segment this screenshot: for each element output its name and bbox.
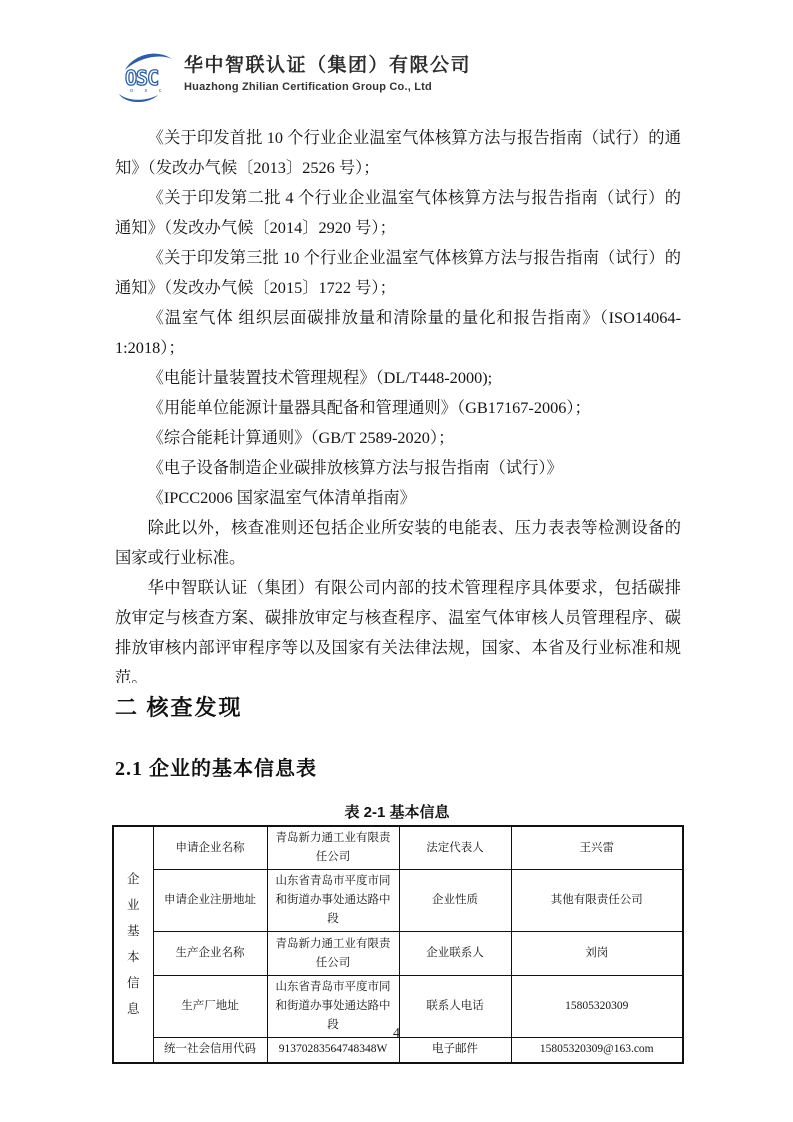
table-row: 企业基本信息 申请企业名称 青岛新力通工业有限责任公司 法定代表人 王兴雷: [113, 826, 683, 870]
reference-paragraph: 《关于印发首批 10 个行业企业温室气体核算方法与报告指南（试行）的通知》（发改…: [115, 123, 681, 183]
reference-paragraph: 《用能单位能源计量器具配备和管理通则》（GB17167-2006）；: [115, 393, 681, 423]
document-header: OSC o s c 华中智联认证（集团）有限公司 Huazhong Zhilia…: [118, 50, 471, 102]
body-paragraph: 除此以外，核查准则还包括企业所安装的电能表、压力表表等检测设备的国家或行业标准。: [115, 513, 681, 573]
company-name-cn: 华中智联认证（集团）有限公司: [184, 54, 471, 78]
reference-paragraph: 《关于印发第二批 4 个行业企业温室气体核算方法与报告指南（试行）的通知》（发改…: [115, 183, 681, 243]
subsection-heading: 2.1 企业的基本信息表: [115, 752, 317, 781]
reference-paragraph: 《关于印发第三批 10 个行业企业温室气体核算方法与报告指南（试行）的通知》（发…: [115, 243, 681, 303]
reference-paragraph: 《温室气体 组织层面碳排放量和清除量的量化和报告指南》（ISO14064-1:2…: [115, 303, 681, 363]
table-value: 山东省青岛市平度市同和街道办事处通达路中段: [267, 870, 399, 932]
osc-logo-icon: OSC o s c: [118, 50, 174, 102]
document-page: OSC o s c 华中智联认证（集团）有限公司 Huazhong Zhilia…: [0, 0, 793, 1122]
reference-paragraph: 《电子设备制造企业碳排放核算方法与报告指南（试行）》: [115, 453, 681, 483]
table-label: 申请企业注册地址: [153, 870, 267, 932]
table-label: 申请企业名称: [153, 826, 267, 870]
logo-sub-text: o s c: [130, 88, 167, 94]
logo-bottom-swoosh-icon: [119, 94, 158, 102]
company-name-en: Huazhong Zhilian Certification Group Co.…: [184, 81, 471, 93]
reference-paragraph: 《IPCC2006 国家温室气体清单指南》: [115, 483, 681, 513]
company-names: 华中智联认证（集团）有限公司 Huazhong Zhilian Certific…: [184, 50, 471, 93]
page-number: 4: [0, 1026, 793, 1042]
table-value: 王兴雷: [511, 826, 683, 870]
table-value: 刘岗: [511, 932, 683, 976]
section-heading: 二 核查发现: [115, 691, 243, 722]
table-label: 法定代表人: [399, 826, 511, 870]
table-label: 企业性质: [399, 870, 511, 932]
table-row: 申请企业注册地址 山东省青岛市平度市同和街道办事处通达路中段 企业性质 其他有限…: [113, 870, 683, 932]
table-row: 生产企业名称 青岛新力通工业有限责任公司 企业联系人 刘岗: [113, 932, 683, 976]
reference-paragraph: 《综合能耗计算通则》（GB/T 2589-2020）；: [115, 423, 681, 453]
reference-paragraphs: 《关于印发首批 10 个行业企业温室气体核算方法与报告指南（试行）的通知》（发改…: [115, 123, 681, 683]
table-value: 青岛新力通工业有限责任公司: [267, 932, 399, 976]
body-paragraph: 华中智联认证（集团）有限公司内部的技术管理程序具体要求，包括碳排放审定与核查方案…: [115, 573, 681, 683]
table-caption: 表 2-1 基本信息: [112, 801, 682, 822]
table-label: 企业联系人: [399, 932, 511, 976]
table-value: 其他有限责任公司: [511, 870, 683, 932]
logo-main-text: OSC: [125, 66, 158, 90]
reference-paragraph: 《电能计量装置技术管理规程》（DL/T448-2000);: [115, 363, 681, 393]
table-label: 生产企业名称: [153, 932, 267, 976]
table-value: 青岛新力通工业有限责任公司: [267, 826, 399, 870]
